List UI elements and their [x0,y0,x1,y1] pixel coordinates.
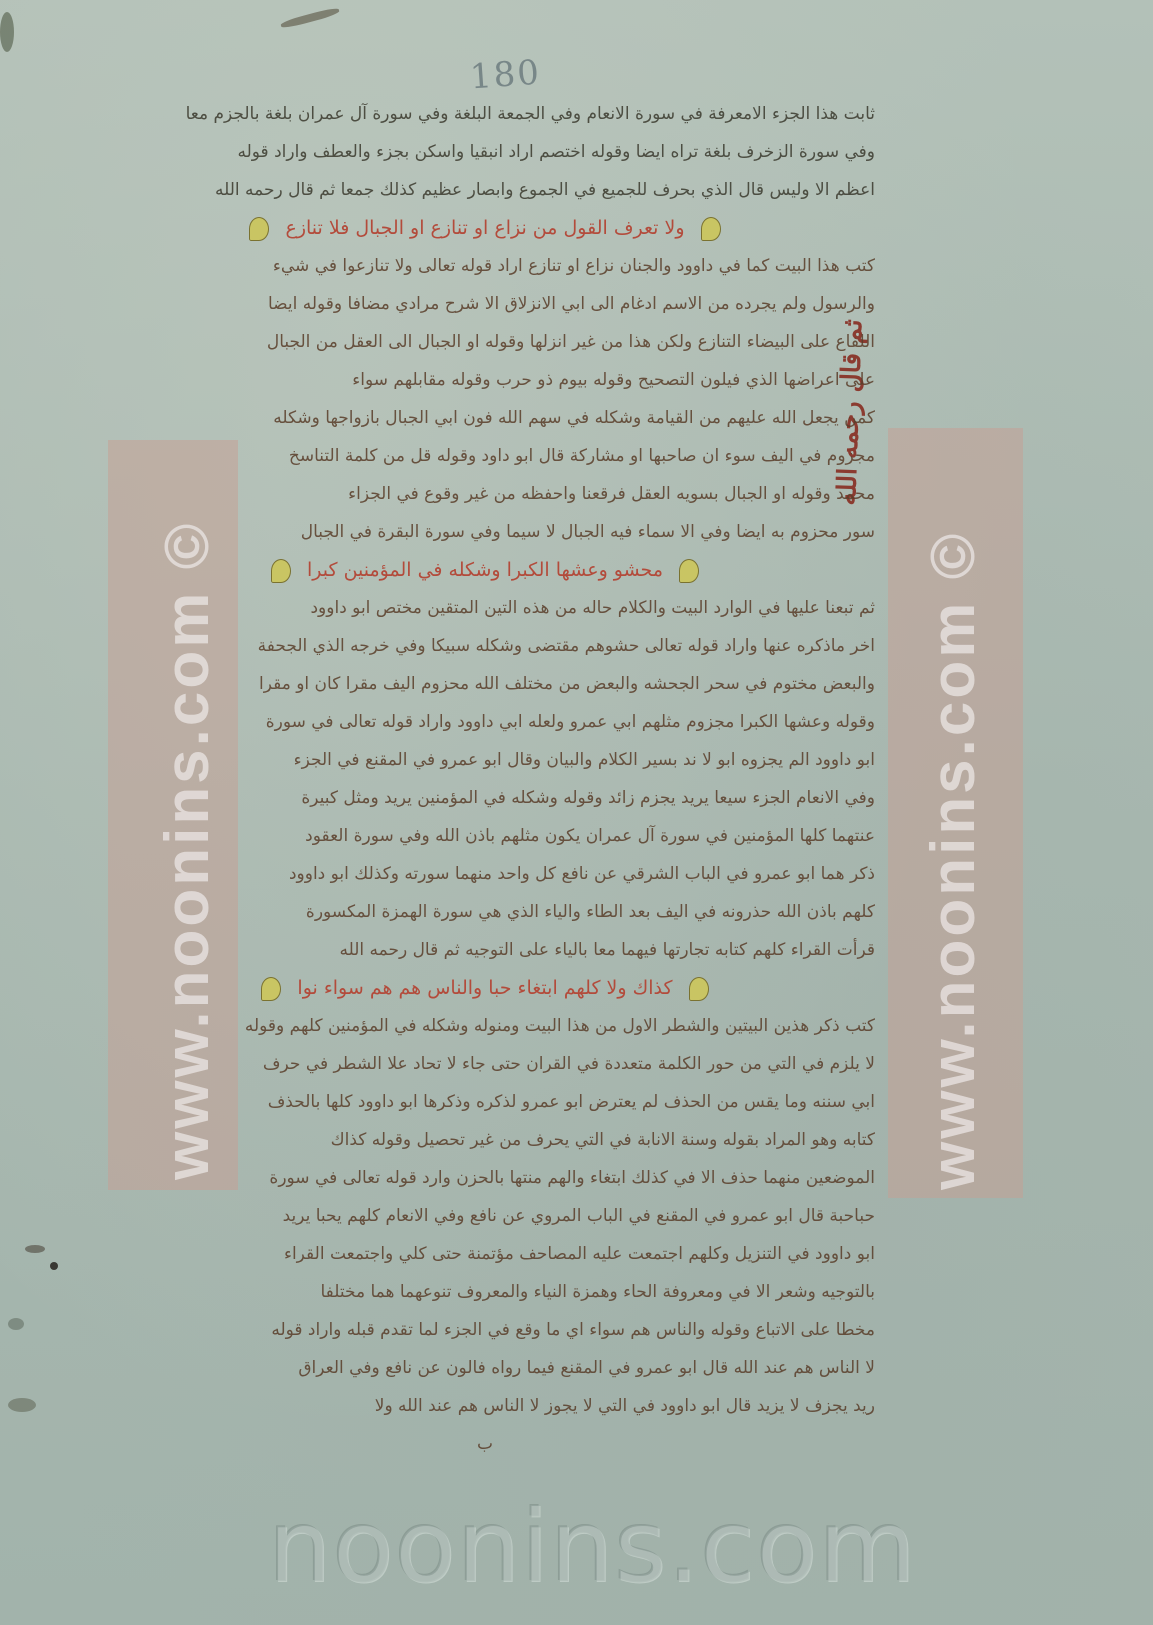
text-line: كتب هذا البيت كما في داوود والجنان نزاع … [95,247,875,285]
text-line: عنتهما كلها المؤمنين في سورة آل عمران يك… [95,817,875,855]
text-line: ابو داوود في التنزيل وكلهم اجتمعت عليه ا… [95,1235,875,1273]
text-line: مخطا على الاتباع وقوله والناس هم سواء اي… [95,1311,875,1349]
text-line: كلهم باذن الله حذرونه في اليف بعد الطاء … [95,893,875,931]
text-line: الموضعين منهما حذف الا في كذلك ابتغاء وا… [95,1159,875,1197]
text-line: والبعض مختوم في سحر الجحشه والبعض من مخت… [95,665,875,703]
text-line: كتب ذكر هذين البيتين والشطر الاول من هذا… [95,1007,875,1045]
ink-speck [25,1245,45,1253]
verse-marker-icon [689,977,709,1001]
manuscript-page: 180 www.noonins.com © www.noonins.com © … [0,0,1153,1625]
verse-marker-icon [679,559,699,583]
text-line: والرسول ولم يجرده من الاسم ادغام الى ابي… [95,285,875,323]
text-line: ثم تبعنا عليها في الوارد البيت والكلام ح… [95,589,875,627]
ink-speck [8,1318,24,1330]
text-line: قرأت القراء كلهم كتابه تجارتها فيهما معا… [95,931,875,969]
folio-number: 180 [469,53,543,98]
verse-marker-icon [271,559,291,583]
ink-speck [0,12,14,52]
ink-speck [8,1398,36,1412]
text-line: ريد يجزف لا يزيد قال ابو داوود في التي ل… [95,1387,875,1425]
text-line: كتابه وهو المراد بقوله وسنة الانابة في ا… [95,1121,875,1159]
text-line: اللفاع على البيضاء التنازع ولكن هذا من غ… [95,323,875,361]
text-line: وقوله وعشها الكبرا مجزوم مثلهم ابي عمرو … [95,703,875,741]
ink-speck [50,1262,58,1270]
text-line: حباحبة قال ابو عمرو في المقنع في الباب ا… [95,1197,875,1235]
text-line: ب [95,1425,875,1463]
text-line: ابي سننه وما يقس من الحذف لم يعترض ابو ع… [95,1083,875,1121]
text-line: ثابت هذا الجزء الامعرفة في سورة الانعام … [95,95,875,133]
text-line: بالتوجيه وشعر الا في ومعروفة الحاء وهمزة… [95,1273,875,1311]
text-block: ثابت هذا الجزء الامعرفة في سورة الانعام … [95,95,875,1463]
text-line: وفي سورة الزخرف بلغة تراه ايضا وقوله اخت… [95,133,875,171]
watermark-text-right: www.noonins.com © [918,531,989,1190]
watermark-bottom: noonins.com [268,1488,917,1605]
text-line: لا الناس هم عند الله قال ابو عمرو في الم… [95,1349,875,1387]
verse-line-2: محشو وعشها الكبرا وشكله في المؤمنين كبرا [95,551,875,589]
text-line: سور محزوم به ايضا وفي الا سماء فيه الجبا… [95,513,875,551]
text-line: محمد وقوله او الجبال بسويه العقل فرقعنا … [95,475,875,513]
text-line: مجزوم في اليف سوء ان صاحبها او مشاركة قا… [95,437,875,475]
text-line: على اعراضها الذي فيلون التصحيح وقوله بيو… [95,361,875,399]
verse-marker-icon [701,217,721,241]
verse-marker-icon [261,977,281,1001]
ink-speck [280,6,340,29]
text-line: كمن يجعل الله عليهم من القيامة وشكله في … [95,399,875,437]
text-line: ذكر هما ابو عمرو في الباب الشرقي عن نافع… [95,855,875,893]
text-line: وفي الانعام الجزء سيعا يريد يجزم زائد وق… [95,779,875,817]
text-line: ابو داوود الم يجزوه ابو لا ند بسير الكلا… [95,741,875,779]
verse-marker-icon [249,217,269,241]
text-line: اعظم الا وليس قال الذي بحرف للجميع في ال… [95,171,875,209]
text-line: اخر ماذكره عنها واراد قوله تعالى حشوهم م… [95,627,875,665]
text-line: لا يلزم في التي من حور الكلمة متعددة في … [95,1045,875,1083]
verse-line-3: كذاك ولا كلهم ابتغاء حبا والناس هم هم سو… [95,969,875,1007]
verse-line-1: ولا تعرف القول من نزاع او تنازع او الجبا… [95,209,875,247]
